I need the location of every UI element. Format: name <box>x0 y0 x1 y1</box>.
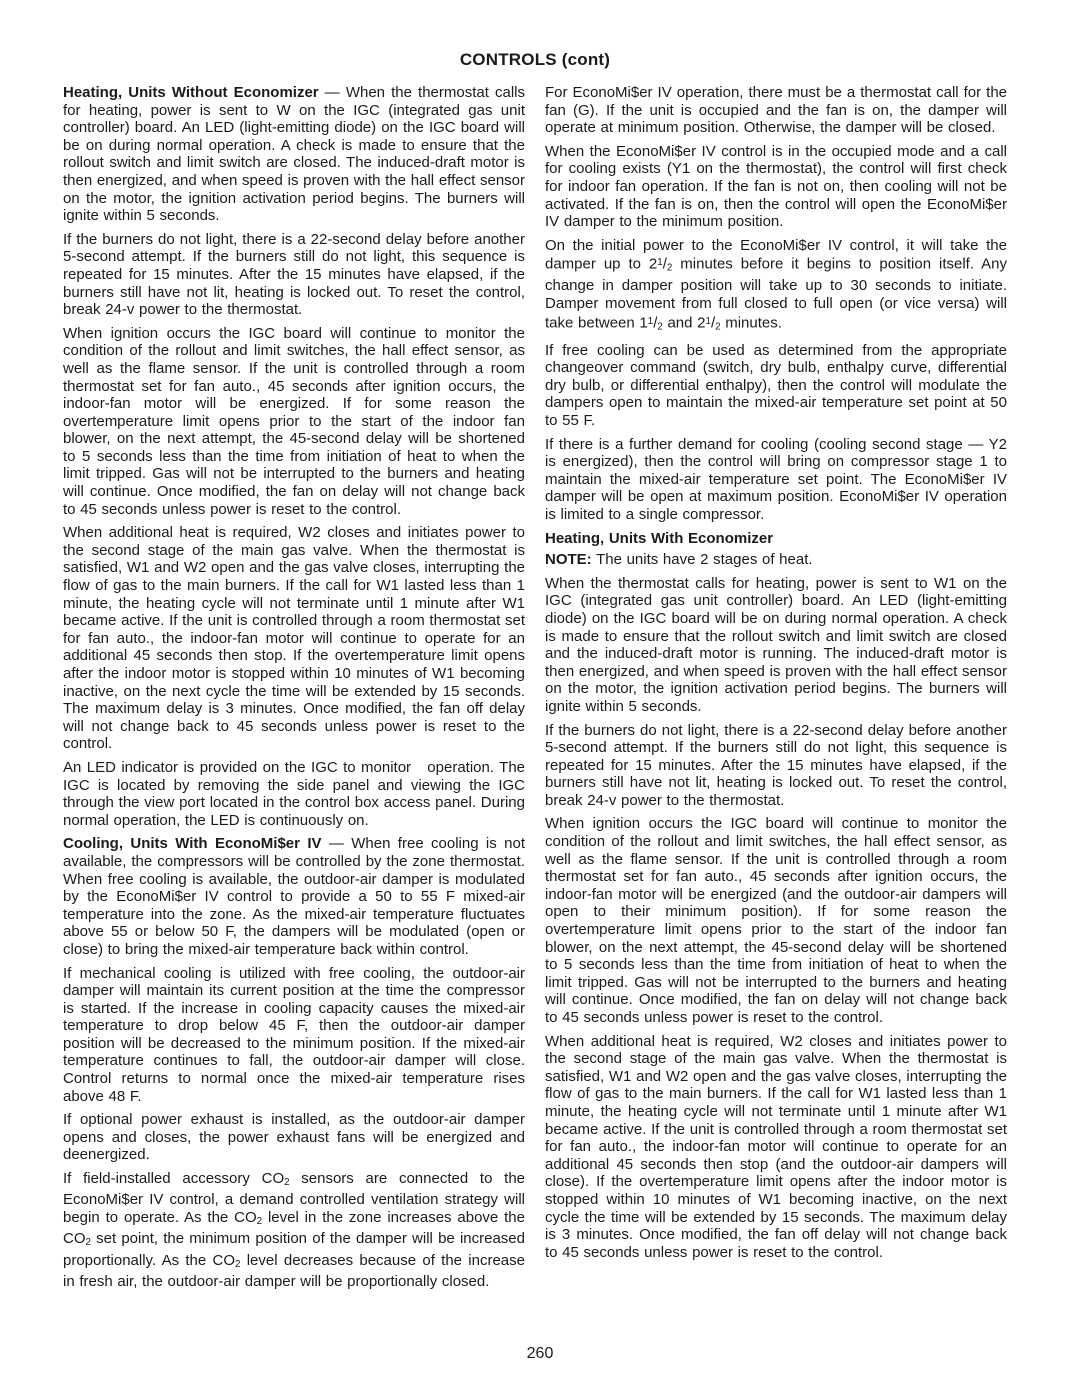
text-run: minutes. <box>721 314 782 331</box>
text-run: When additional heat is required, W2 clo… <box>63 524 525 752</box>
text-run: When ignition occurs the IGC board will … <box>63 325 525 518</box>
text-run: If free cooling can be used as determine… <box>545 342 1007 429</box>
text-run: — When free cooling is not available, th… <box>63 835 525 958</box>
paragraph: Cooling, Units With EconoMi$er IV — When… <box>63 835 525 958</box>
left-column: Heating, Units Without Economizer — When… <box>63 84 525 1297</box>
text-run: When additional heat is required, W2 clo… <box>545 1033 1007 1261</box>
bold-text-run: Heating, Units Without Economizer <box>63 84 319 101</box>
text-run: When the EconoMi$er IV control is in the… <box>545 143 1007 230</box>
paragraph: For EconoMi$er IV operation, there must … <box>545 84 1007 137</box>
paragraph: When additional heat is required, W2 clo… <box>545 1033 1007 1262</box>
paragraph: When the thermostat calls for heating, p… <box>545 575 1007 716</box>
text-run: If optional power exhaust is installed, … <box>63 1111 525 1163</box>
paragraph: If optional power exhaust is installed, … <box>63 1111 525 1164</box>
section-heading: Heating, Units With Economizer <box>545 530 1007 548</box>
text-run: When ignition occurs the IGC board will … <box>545 815 1007 1026</box>
paragraph: If the burners do not light, there is a … <box>63 231 525 319</box>
text-run: If there is a further demand for cooling… <box>545 436 1007 523</box>
paragraph: Heating, Units Without Economizer — When… <box>63 84 525 225</box>
text-run: When the thermostat calls for heating, p… <box>545 575 1007 715</box>
page-title: CONTROLS (cont) <box>63 50 1007 70</box>
paragraph: If mechanical cooling is utilized with f… <box>63 965 525 1106</box>
text-run: If the burners do not light, there is a … <box>545 722 1007 809</box>
paragraph: If free cooling can be used as determine… <box>545 342 1007 430</box>
text-run: The units have 2 stages of heat. <box>592 551 813 568</box>
paragraph: When additional heat is required, W2 clo… <box>63 524 525 753</box>
bold-text-run: NOTE: <box>545 551 592 568</box>
paragraph: If there is a further demand for cooling… <box>545 436 1007 524</box>
paragraph: NOTE: The units have 2 stages of heat. <box>545 551 1007 569</box>
paragraph: If field-installed accessory CO2 sensors… <box>63 1170 525 1291</box>
text-run: An LED indicator is provided on the IGC … <box>63 759 525 829</box>
page-number: 260 <box>0 1345 1080 1363</box>
text-run: and 2 <box>663 314 706 331</box>
text-run: If the burners do not light, there is a … <box>63 231 525 318</box>
paragraph: If the burners do not light, there is a … <box>545 722 1007 810</box>
document-page: CONTROLS (cont) Heating, Units Without E… <box>0 0 1080 1397</box>
right-column: For EconoMi$er IV operation, there must … <box>545 84 1007 1297</box>
text-run: If mechanical cooling is utilized with f… <box>63 965 525 1105</box>
paragraph: When ignition occurs the IGC board will … <box>63 325 525 519</box>
text-run: If field-installed accessory CO <box>63 1170 284 1187</box>
paragraph: When ignition occurs the IGC board will … <box>545 815 1007 1026</box>
two-column-layout: Heating, Units Without Economizer — When… <box>63 84 1007 1297</box>
text-run: For EconoMi$er IV operation, there must … <box>545 84 1007 136</box>
bold-text-run: Heating, Units With Economizer <box>545 530 773 547</box>
paragraph: When the EconoMi$er IV control is in the… <box>545 143 1007 231</box>
paragraph: On the initial power to the EconoMi$er I… <box>545 237 1007 336</box>
paragraph: An LED indicator is provided on the IGC … <box>63 759 525 829</box>
bold-text-run: Cooling, Units With EconoMi$er IV <box>63 835 322 852</box>
text-run: — When the thermostat calls for heating,… <box>63 84 525 224</box>
